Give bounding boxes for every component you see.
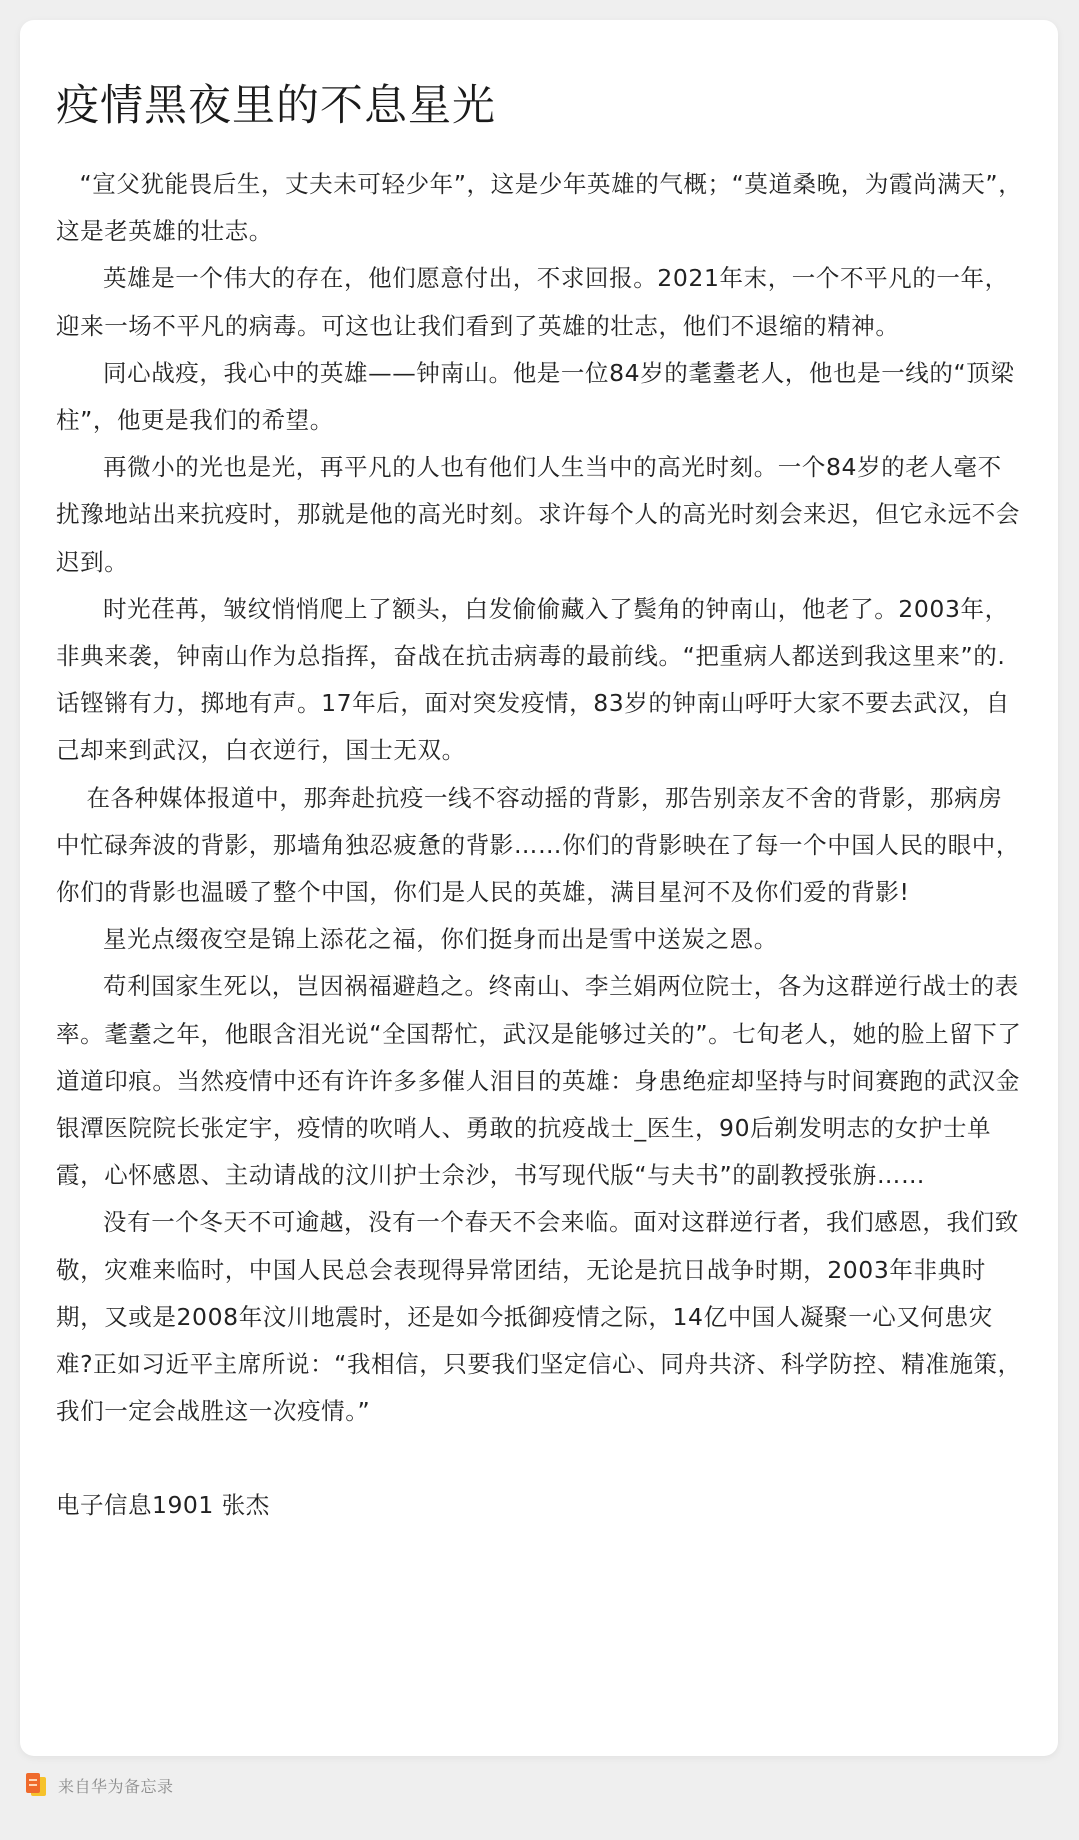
paragraph-2: 英雄是一个伟大的存在，他们愿意付出，不求回报。2021年末，一个不平凡的一年，迎… [56,255,1024,349]
paragraph-9: 没有一个冬天不可逾越，没有一个春天不会来临。面对这群逆行者，我们感恩，我们致敬，… [56,1199,1024,1435]
note-signature: 电子信息1901 张杰 [56,1482,1024,1529]
paragraph-4: 再微小的光也是光，再平凡的人也有他们人生当中的高光时刻。一个84岁的老人毫不扰豫… [56,444,1024,586]
paragraph-7: 星光点缀夜空是锦上添花之福，你们挺身而出是雪中送炭之恩。 [56,916,1024,963]
note-title: 疫情黑夜里的不息星光 [56,76,1024,136]
memo-app-icon [26,1773,46,1797]
note-card: 疫情黑夜里的不息星光 “宣父犹能畏后生，丈夫未可轻少年”，这是少年英雄的气概；“… [20,20,1058,1756]
source-label: 来自华为备忘录 [58,1774,174,1797]
note-body: “宣父犹能畏后生，丈夫未可轻少年”，这是少年英雄的气概；“莫道桑晚，为霞尚满天”… [56,161,1024,1435]
paragraph-3: 同心战疫，我心中的英雄——钟南山。他是一位84岁的耄耋老人，他也是一线的“顶梁柱… [56,350,1024,444]
paragraph-5: 时光荏苒，皱纹悄悄爬上了额头，白发偷偷藏入了鬓角的钟南山，他老了。2003年，非… [56,586,1024,775]
paragraph-8: 苟利国家生死以，岂因祸福避趋之。终南山、李兰娟两位院士，各为这群逆行战士的表率。… [56,963,1024,1199]
source-footer: 来自华为备忘录 [26,1770,174,1800]
paragraph-1: “宣父犹能畏后生，丈夫未可轻少年”，这是少年英雄的气概；“莫道桑晚，为霞尚满天”… [56,161,1024,255]
paragraph-6: 在各种媒体报道中，那奔赴抗疫一线不容动摇的背影，那告别亲友不舍的背影，那病房中忙… [56,775,1024,917]
